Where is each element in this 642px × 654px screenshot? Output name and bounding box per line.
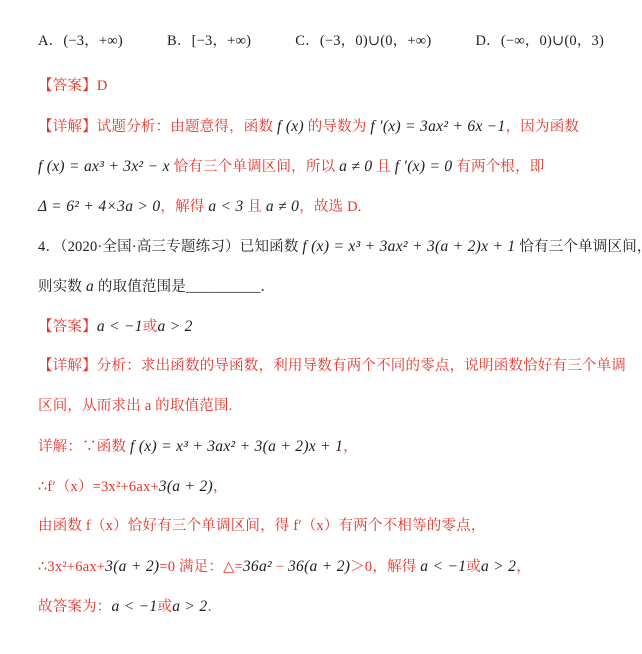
document-line-explain-4-line-1: 【详解】分析：求出函数的导函数，利用导数有两个不同的零点，说明函数恰好有三个单调: [38, 356, 604, 377]
document-line-question-4-line-2: 则实数 a 的取值范围是__________．: [38, 276, 604, 297]
text-segment: a ≠ 0: [339, 158, 372, 175]
document-line-explain-4-line-5: 由函数 f（x）恰好有三个单调区间，得 f′（x）有两个不相等的零点，: [38, 516, 604, 537]
text-segment: ，故选 D.: [299, 199, 361, 215]
text-segment: ，: [343, 439, 358, 455]
document-line-explain-3-line-1: 【详解】试题分析：由题意得，函数 f (x) 的导数为 f ′(x) = 3ax…: [38, 116, 604, 137]
text-segment: 36(a + 2): [288, 558, 350, 575]
option-item: B．[−3，+∞): [167, 31, 251, 52]
document-line-explain-4-line-2: 区间，从而求出 a 的取值范围.: [38, 396, 604, 417]
text-segment: 3(a + 2): [159, 478, 213, 495]
text-segment: f ′(x) = 3ax² + 6x −1: [370, 118, 505, 135]
text-segment: 【答案】: [38, 78, 97, 94]
text-segment: ＞0，解得: [350, 559, 420, 575]
text-segment: 【详解】分析：求出函数的导函数，利用导数有两个不同的零点，说明函数恰好有三个单调: [38, 358, 626, 374]
text-segment: f ′(x) = 0: [395, 158, 453, 175]
text-segment: D: [97, 78, 108, 94]
text-segment: 或: [157, 599, 172, 615]
text-segment: 恰有三个单调区间，所以: [170, 159, 339, 175]
document-line-explain-3-line-2: f (x) = ax³ + 3x² − x 恰有三个单调区间，所以 a ≠ 0 …: [38, 156, 604, 177]
text-segment: 故答案为：: [38, 599, 112, 615]
text-segment: f (x) = x³ + 3ax² + 3(a + 2)x + 1: [130, 438, 343, 455]
text-segment: a < 3: [208, 198, 243, 215]
text-segment: ∴f′（x）=3x²+6ax+: [38, 479, 159, 495]
text-segment: 详解：∵函数: [38, 439, 130, 455]
text-segment: 有两个根，即: [452, 159, 544, 175]
option-item: D．(−∞，0)∪(0，3): [476, 31, 605, 52]
text-segment: 36a²: [243, 558, 272, 575]
text-segment: a > 2: [158, 318, 193, 335]
text-segment: 或: [143, 319, 158, 335]
document-page: A．(−3，+∞)B．[−3，+∞)C．(−3，0)∪(0，+∞)D．(−∞，0…: [0, 0, 642, 654]
document-line-explain-4-line-4: ∴f′（x）=3x²+6ax+3(a + 2)，: [38, 476, 604, 497]
text-segment: ，: [213, 479, 228, 495]
text-segment: 或: [466, 559, 481, 575]
text-segment: a ≠ 0: [266, 198, 299, 215]
text-segment: ，: [516, 559, 531, 575]
text-segment: a: [86, 278, 94, 295]
text-segment: a < −1: [420, 558, 466, 575]
text-segment: −: [272, 559, 288, 575]
text-segment: 的取值范围是__________．: [94, 279, 275, 295]
text-segment: 【详解】试题分析：由题意得，函数: [38, 119, 277, 135]
document-line-answer-4: 【答案】a < −1或a > 2: [38, 316, 604, 337]
text-segment: 且: [372, 159, 394, 175]
text-segment: a > 2: [481, 558, 516, 575]
text-segment: a < −1: [112, 598, 158, 615]
text-segment: 区间，从而求出 a 的取值范围.: [38, 398, 233, 414]
text-segment: f (x) = x³ + 3ax² + 3(a + 2)x + 1: [302, 238, 515, 255]
text-segment: ．: [207, 599, 222, 615]
document-line-explain-3-line-3: Δ = 6² + 4×3a > 0，解得 a < 3 且 a ≠ 0，故选 D.: [38, 196, 604, 217]
text-segment: ∴3x²+6ax+: [38, 559, 105, 575]
text-segment: ，因为函数: [506, 119, 580, 135]
text-segment: 由函数 f（x）恰好有三个单调区间，得 f′（x）有两个不相等的零点，: [38, 518, 486, 534]
document-line-explain-4-line-6: ∴3x²+6ax+3(a + 2)=0 满足：△=36a² − 36(a + 2…: [38, 556, 604, 577]
text-segment: a > 2: [172, 598, 207, 615]
text-segment: f (x) = ax³ + 3x² − x: [38, 158, 170, 175]
text-segment: 【答案】: [38, 319, 97, 335]
text-segment: ，解得: [160, 199, 208, 215]
option-item: C．(−3，0)∪(0，+∞): [295, 31, 431, 52]
option-item: A．(−3，+∞): [38, 31, 123, 52]
text-segment: f (x): [277, 118, 304, 135]
document-line-options-row: A．(−3，+∞)B．[−3，+∞)C．(−3，0)∪(0，+∞)D．(−∞，0…: [38, 31, 604, 52]
text-segment: 的导数为: [304, 119, 370, 135]
text-segment: Δ = 6² + 4×3a > 0: [38, 198, 160, 215]
document-line-question-4-line-1: 4．（2020·全国·高三专题练习）已知函数 f (x) = x³ + 3ax²…: [38, 236, 604, 257]
text-segment: 恰有三个单调区间，: [515, 239, 642, 255]
text-segment: 则实数: [38, 279, 86, 295]
text-segment: 3(a + 2): [105, 558, 159, 575]
text-segment: 且: [244, 199, 266, 215]
document-body: A．(−3，+∞)B．[−3，+∞)C．(−3，0)∪(0，+∞)D．(−∞，0…: [38, 31, 604, 617]
document-line-explain-4-line-3: 详解：∵函数 f (x) = x³ + 3ax² + 3(a + 2)x + 1…: [38, 436, 604, 457]
text-segment: 4．（2020·全国·高三专题练习）已知函数: [38, 239, 302, 255]
text-segment: a < −1: [97, 318, 143, 335]
document-line-explain-4-line-7: 故答案为：a < −1或a > 2．: [38, 596, 604, 617]
document-line-answer-3: 【答案】D: [38, 76, 604, 97]
text-segment: =0 满足：△=: [159, 559, 242, 575]
